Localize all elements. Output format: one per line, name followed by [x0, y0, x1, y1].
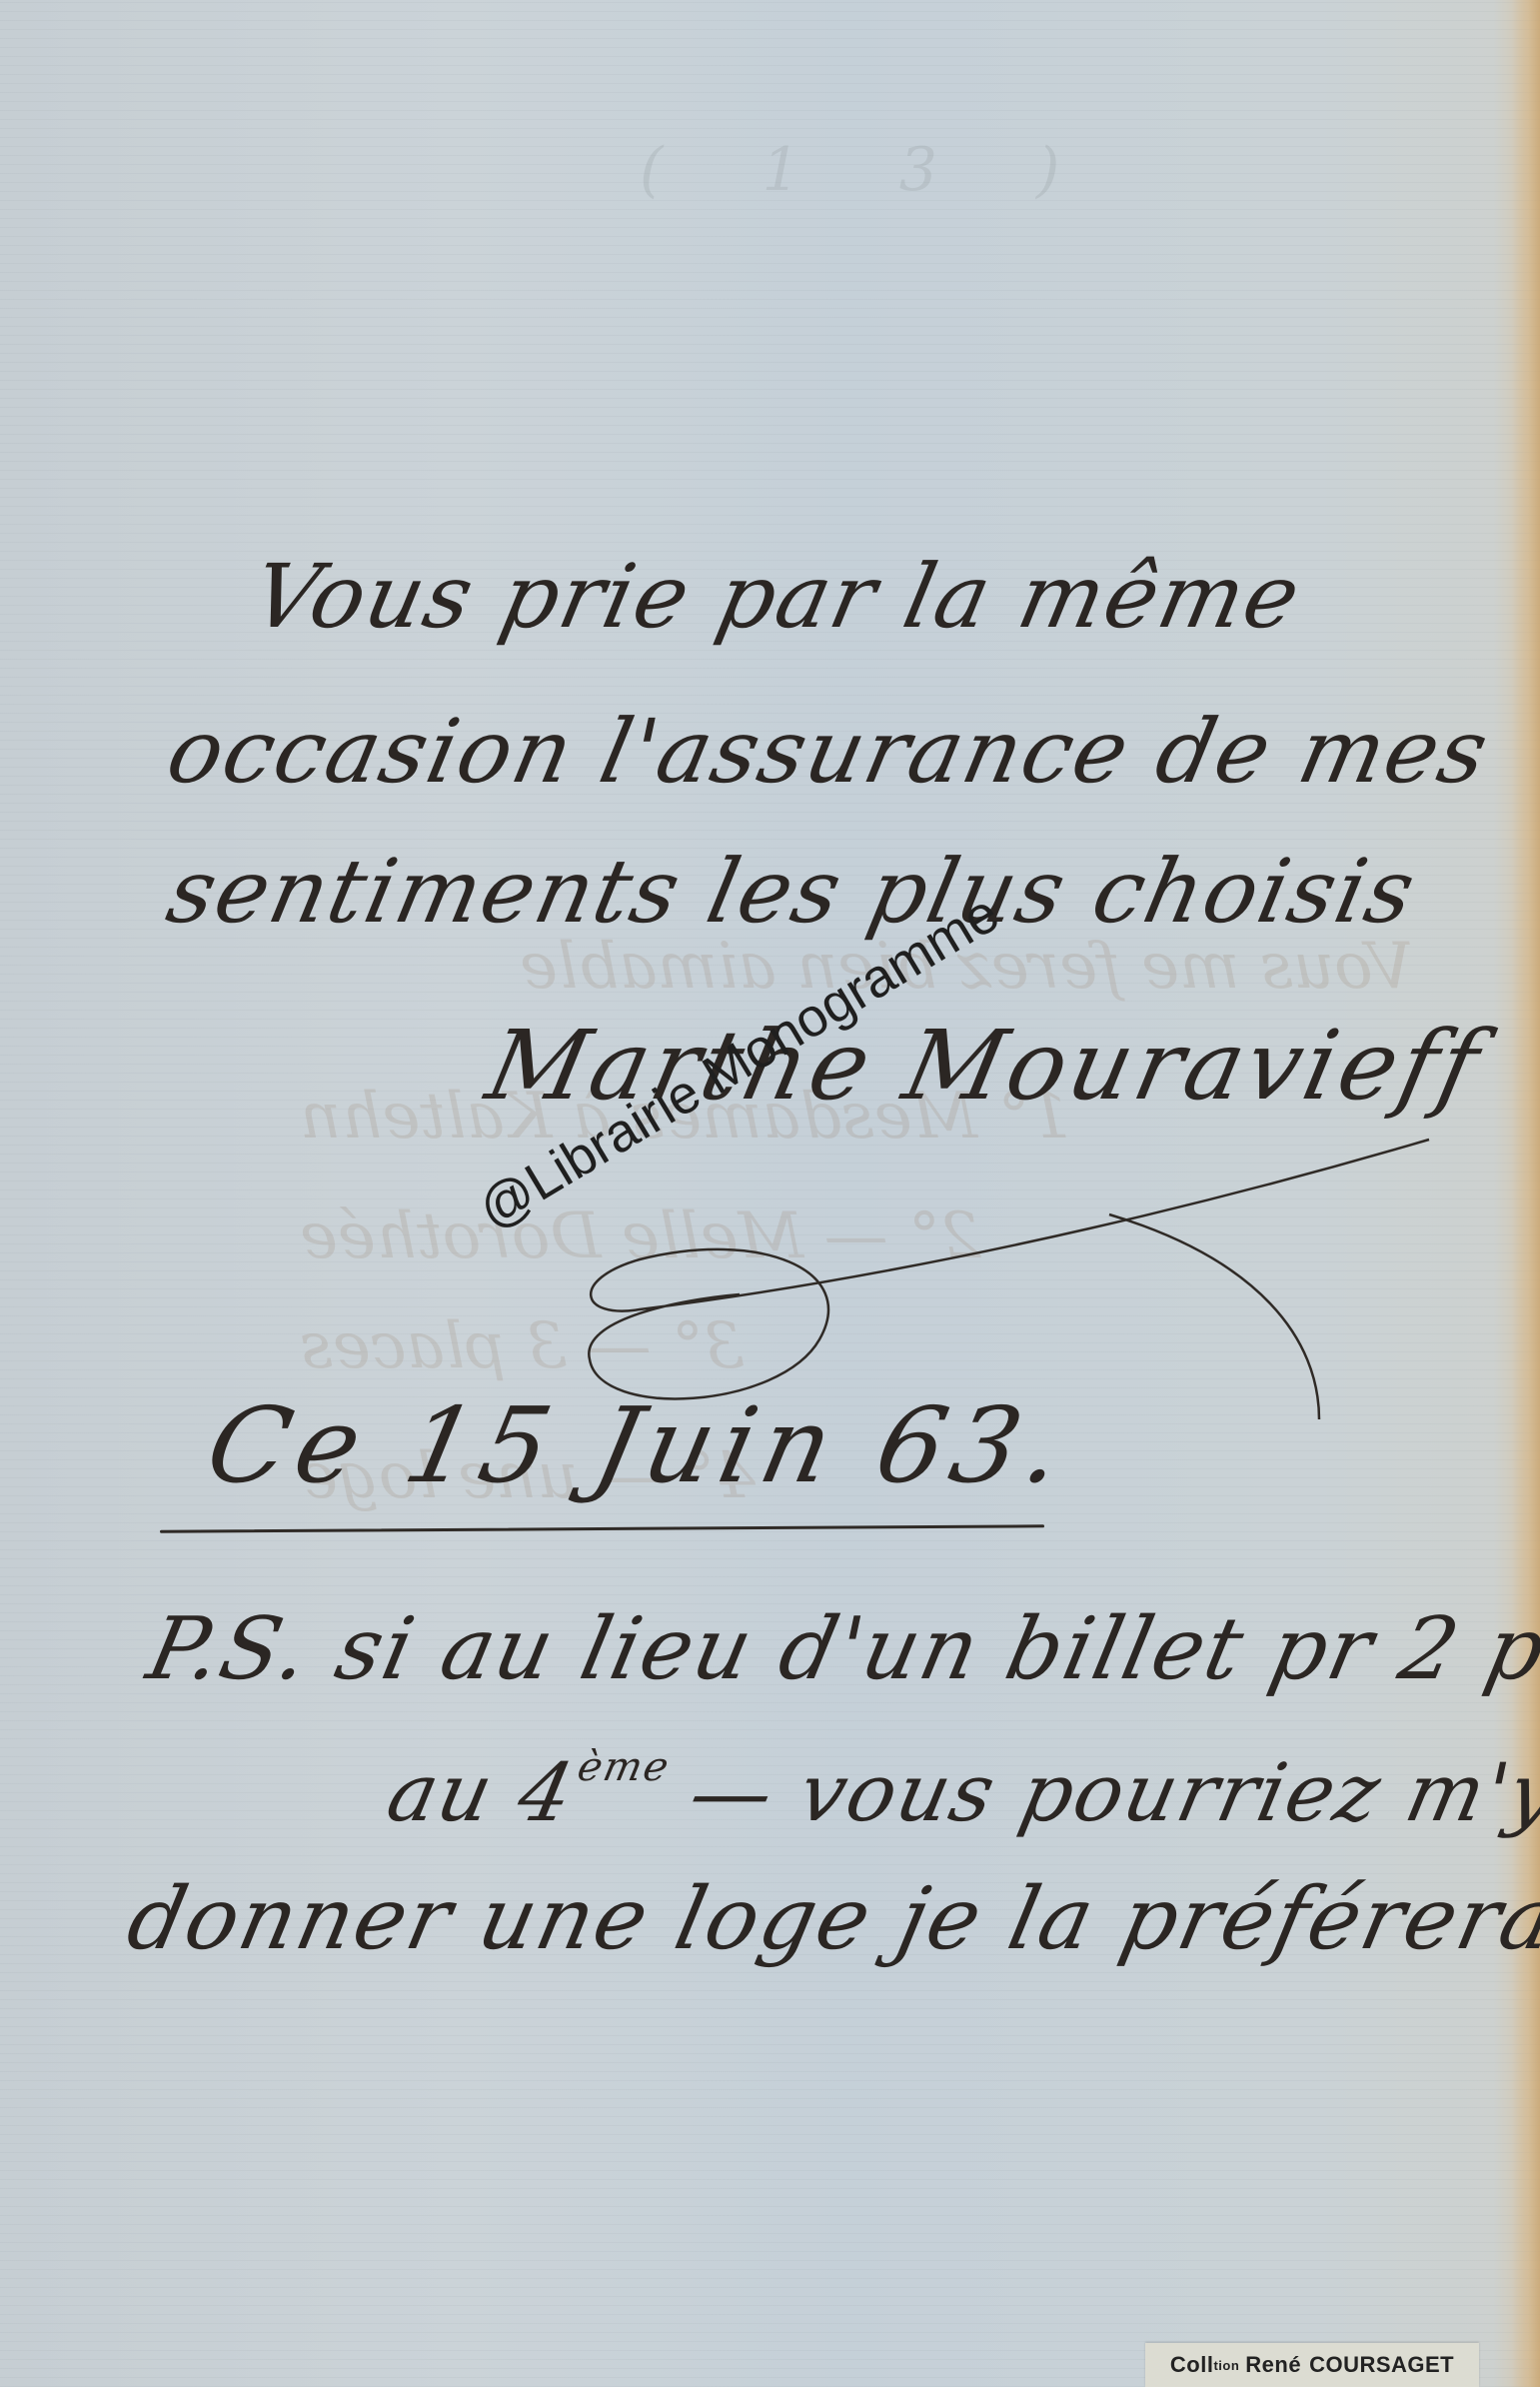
postscript-line: au 4ème — vous pourriez m'y	[380, 1744, 1540, 1839]
collection-label-prefix: Coll	[1170, 2352, 1214, 2378]
postscript-text: — vous pourriez m'y	[655, 1746, 1540, 1839]
letter-line: occasion l'assurance de mes	[159, 700, 1498, 803]
collection-label-superscript: tion	[1213, 2358, 1239, 2373]
letter-line: sentiments les plus choisis	[159, 840, 1425, 943]
paper-edge-stain	[1512, 0, 1540, 2387]
postscript-line: P.S. si au lieu d'un billet pr 2 p.	[139, 1599, 1540, 1699]
letter-date: Ce 15 Juin 63.	[197, 1384, 1081, 1506]
faint-pencil-marks: ( 1 3 )	[640, 135, 1099, 205]
collection-label: Coll tion René COURSAGET	[1145, 2343, 1479, 2387]
postscript-text: au 4	[380, 1746, 583, 1839]
letter-line: Vous prie par la même	[244, 545, 1310, 648]
signature-flourish-icon	[560, 1120, 1459, 1419]
collection-label-surname: COURSAGET	[1309, 2352, 1454, 2378]
collection-label-name: René	[1245, 2352, 1301, 2378]
postscript-superscript: ème	[574, 1744, 675, 1790]
postscript-line: donner une loge je la préférerais.	[119, 1869, 1540, 1969]
